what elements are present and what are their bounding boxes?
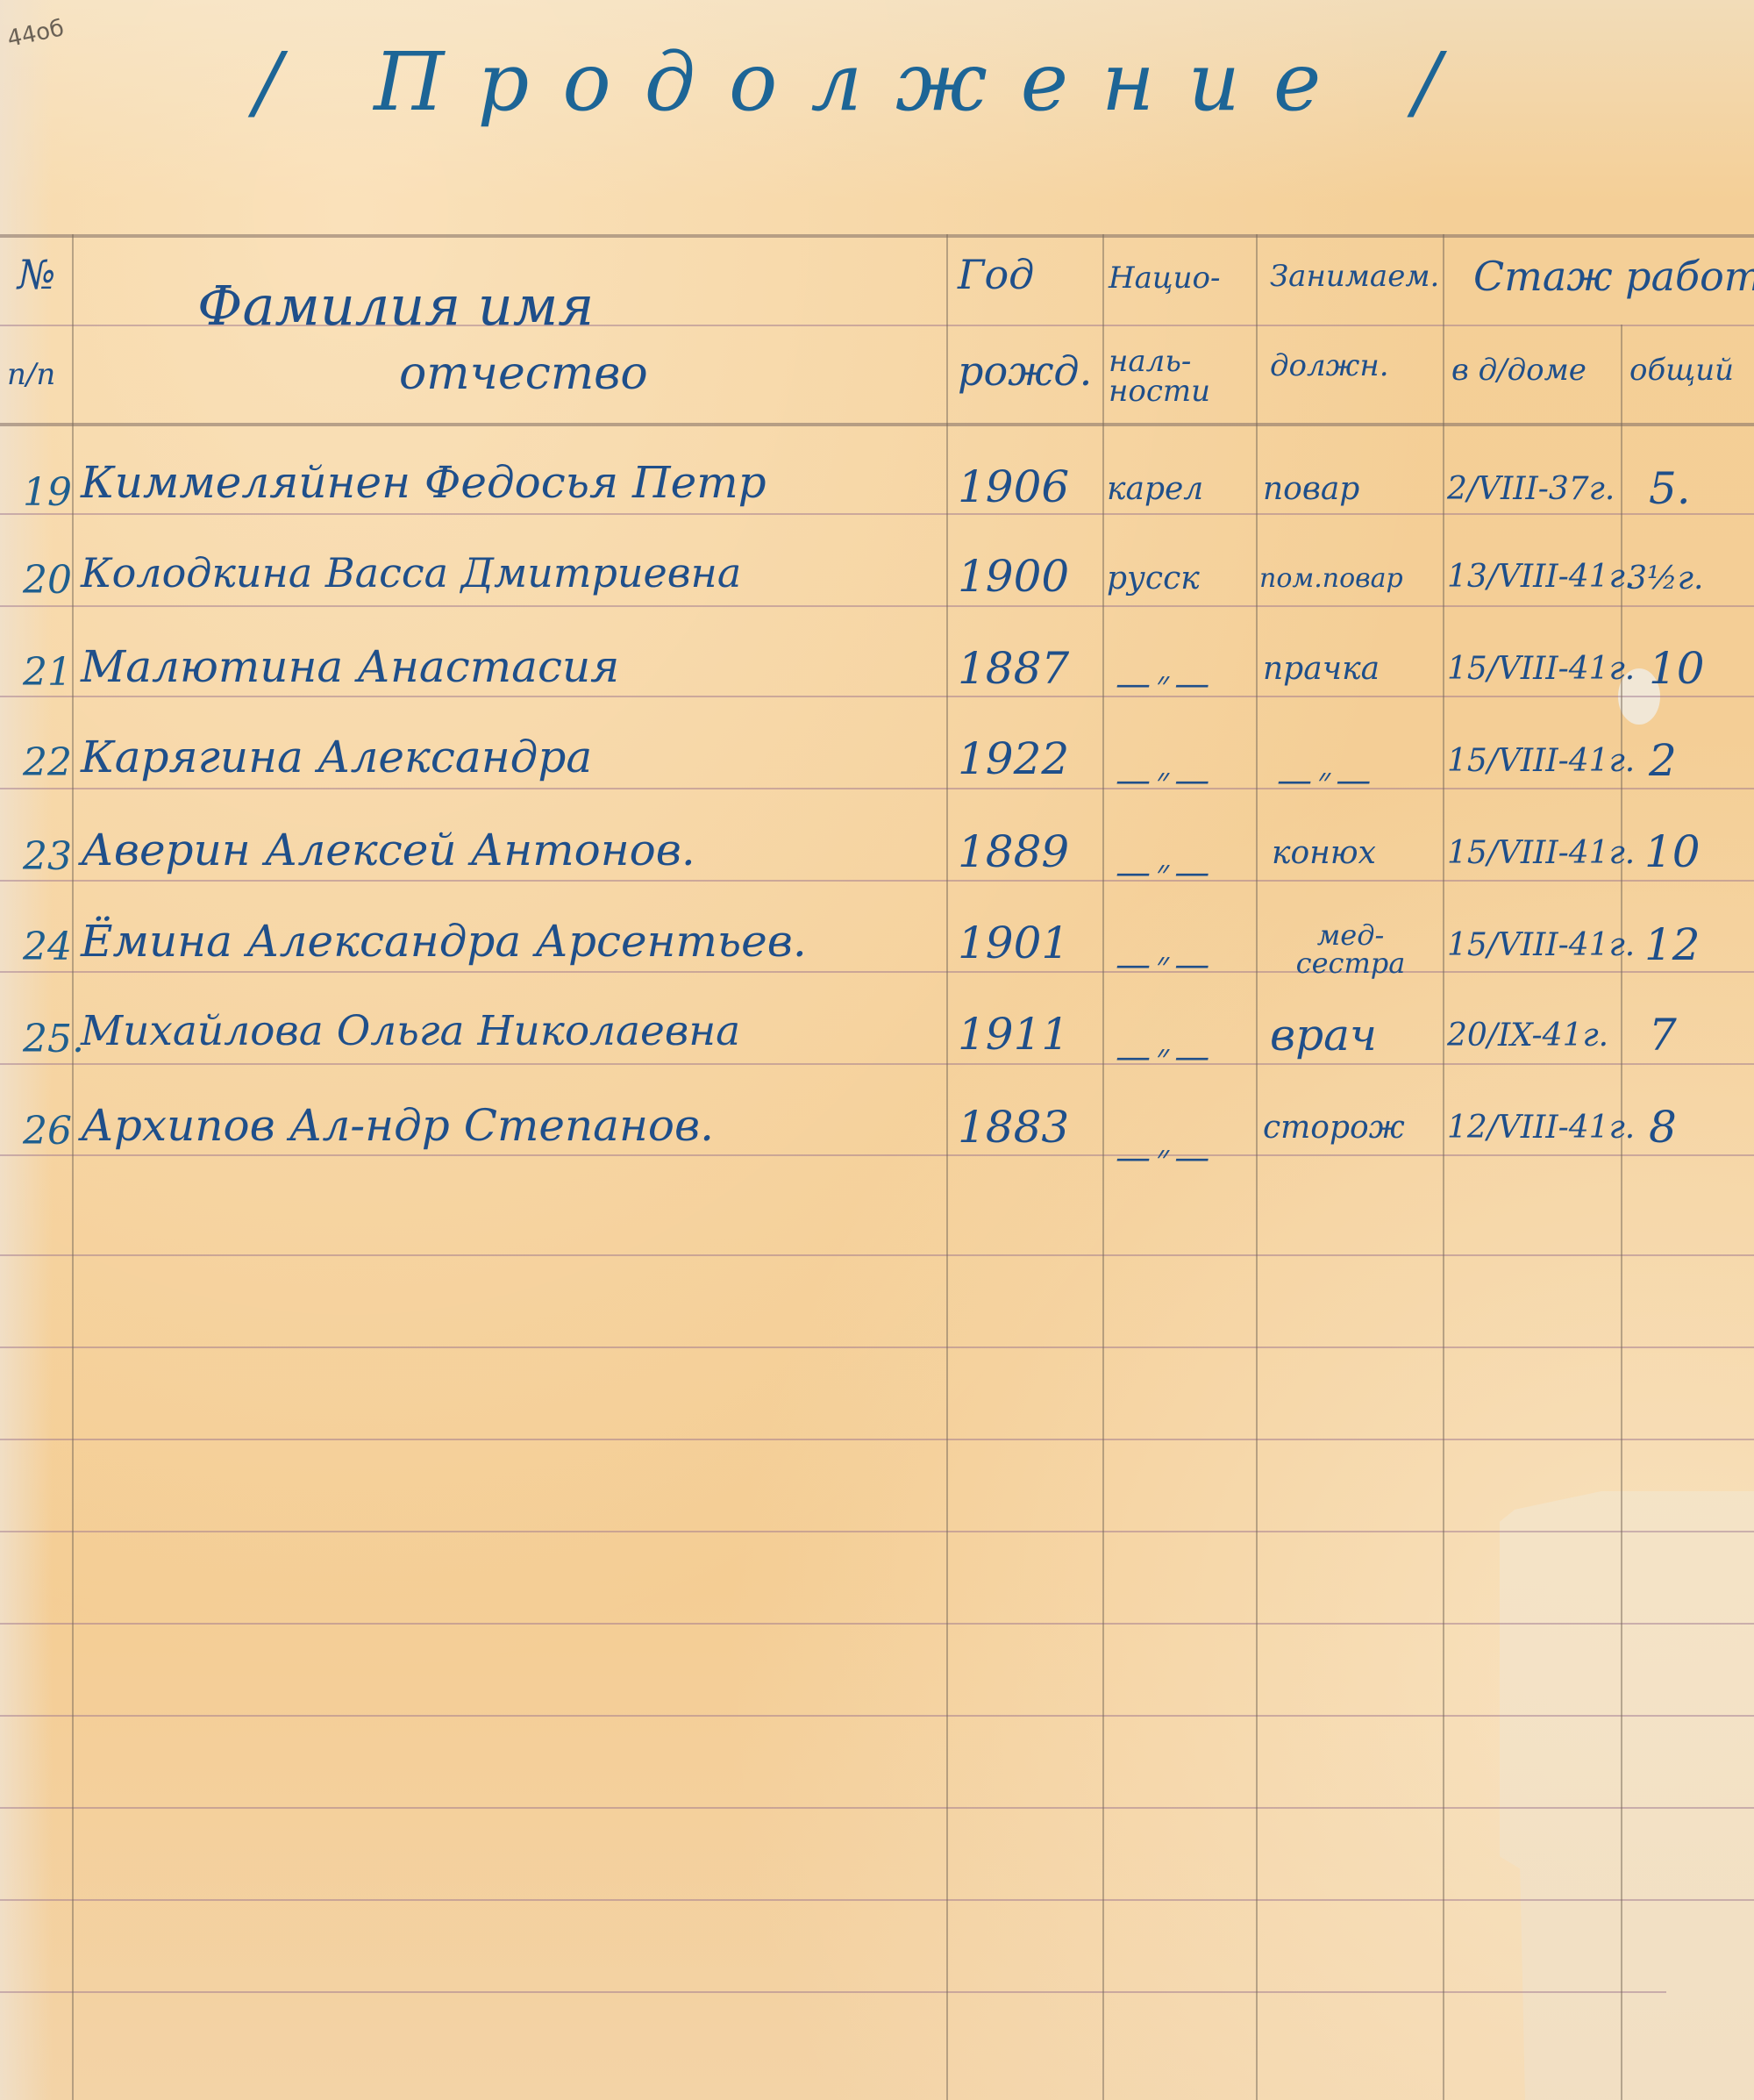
- row-nationality-ditto: —״—: [1116, 947, 1215, 982]
- row-total-experience: 2: [1649, 739, 1677, 782]
- row-total-experience: 10: [1649, 646, 1705, 690]
- row-rule: [0, 605, 1754, 607]
- row-rule: [0, 1254, 1754, 1256]
- col-divider-nationality: [1256, 234, 1258, 2100]
- row-nationality-ditto: —״—: [1116, 855, 1215, 890]
- header-nationality-line2: наль-ности: [1109, 346, 1258, 406]
- row-total-experience: 12: [1644, 923, 1701, 967]
- row-number: 24: [23, 928, 72, 967]
- row-start-date: 15/VIII-41г.: [1447, 746, 1635, 777]
- row-start-date: 15/VIII-41г.: [1447, 930, 1635, 961]
- header-name-line2: отчество: [399, 351, 648, 396]
- header-experience-group: Стаж работы: [1473, 256, 1754, 296]
- row-rule: [0, 696, 1754, 697]
- row-position-ditto: —״—: [1277, 763, 1376, 798]
- row-birth-year: 1883: [958, 1105, 1069, 1149]
- row-position: прачка: [1263, 654, 1380, 685]
- page-title: / Продолжение /: [254, 42, 1474, 123]
- row-birth-year: 1900: [958, 554, 1069, 598]
- row-nationality-ditto: —״—: [1116, 1140, 1215, 1175]
- row-full-name: Архипов Ал-ндр Степанов.: [81, 1104, 714, 1147]
- row-nationality-ditto: —״—: [1116, 1039, 1215, 1075]
- col-divider-number: [72, 234, 74, 2100]
- row-start-date: 13/VIII-41г.: [1447, 561, 1635, 593]
- row-rule: [0, 1715, 1754, 1717]
- row-birth-year: 1911: [958, 1012, 1069, 1056]
- row-number: 20: [23, 561, 72, 600]
- row-rule: [0, 1154, 1754, 1156]
- header-experience-total: общий: [1629, 355, 1734, 385]
- row-start-date: 20/IX-41г.: [1447, 1020, 1608, 1052]
- row-full-name: Аверин Алексей Антонов.: [81, 828, 695, 872]
- row-birth-year: 1887: [958, 646, 1069, 690]
- col-divider-year: [1102, 234, 1104, 2100]
- row-position: конюх: [1272, 838, 1376, 869]
- row-start-date: 2/VIII-37г.: [1447, 474, 1615, 505]
- row-rule: [0, 1991, 1666, 1993]
- row-number: 22: [23, 744, 72, 782]
- row-total-experience: 5.: [1649, 467, 1691, 511]
- header-number-line1: №: [18, 254, 56, 295]
- header-top-rule: [0, 234, 1754, 238]
- row-number: 23: [23, 838, 72, 876]
- paper-repair-patch: [1500, 1491, 1754, 2100]
- row-rule: [0, 1439, 1754, 1440]
- row-number: 25.: [23, 1020, 84, 1059]
- row-position: пом.повар: [1259, 566, 1403, 592]
- row-rule: [0, 880, 1754, 882]
- row-full-name: Карягина Александра: [81, 735, 592, 779]
- row-birth-year: 1889: [958, 830, 1069, 874]
- row-rule: [0, 513, 1754, 515]
- row-nationality-ditto: —״—: [1116, 667, 1215, 702]
- row-birth-year: 1922: [958, 737, 1069, 781]
- row-rule: [0, 1531, 1754, 1532]
- row-birth-year: 1901: [958, 921, 1069, 965]
- row-number: 26: [23, 1112, 72, 1151]
- row-rule: [0, 1807, 1754, 1809]
- row-full-name: Михайлова Ольга Николаевна: [81, 1011, 740, 1052]
- row-birth-year: 1906: [958, 465, 1069, 509]
- row-full-name: Ёмина Александра Арсентьев.: [81, 919, 807, 963]
- header-year-line2: рожд.: [958, 351, 1092, 391]
- header-number-line2: п/п: [7, 360, 55, 389]
- row-total-experience: 8: [1649, 1105, 1677, 1149]
- header-name-line1: Фамилия имя: [197, 279, 594, 333]
- row-position: врач: [1270, 1013, 1377, 1057]
- row-start-date: 12/VIII-41г.: [1447, 1112, 1635, 1144]
- header-position-line2: должн.: [1270, 351, 1389, 381]
- row-rule: [0, 1623, 1754, 1625]
- row-full-name: Колодкина Васса Дмитриевна: [81, 553, 741, 593]
- row-rule: [0, 1346, 1754, 1348]
- row-rule: [0, 788, 1754, 789]
- row-start-date: 15/VIII-41г.: [1447, 838, 1635, 869]
- row-start-date: 15/VIII-41г.: [1447, 654, 1635, 685]
- col-divider-name: [946, 234, 948, 2100]
- row-number: 21: [23, 654, 72, 692]
- row-number: 19: [23, 474, 72, 512]
- header-position-line1: Занимаем.: [1270, 261, 1439, 291]
- row-total-experience: 7: [1649, 1013, 1677, 1057]
- row-nationality: карел: [1107, 474, 1203, 505]
- header-experience-in-house: в д/доме: [1451, 355, 1586, 385]
- row-position: мед-сестра: [1263, 921, 1438, 977]
- row-rule: [0, 1899, 1754, 1901]
- col-divider-position: [1443, 234, 1444, 2100]
- header-nationality-line1: Нацио-: [1109, 263, 1221, 293]
- row-total-experience: 3½г.: [1627, 563, 1703, 595]
- header-year-line1: Год: [958, 254, 1034, 295]
- row-total-experience: 10: [1644, 830, 1701, 874]
- row-full-name: Киммеляйнен Федосья Петр: [81, 461, 766, 504]
- row-rule: [0, 1063, 1754, 1065]
- row-rule: [0, 971, 1754, 973]
- row-position: повар: [1263, 474, 1359, 505]
- row-nationality: русск: [1107, 563, 1200, 595]
- row-full-name: Малютина Анастасия: [81, 645, 619, 689]
- row-nationality-ditto: —״—: [1116, 763, 1215, 798]
- row-position: сторож: [1263, 1112, 1405, 1144]
- header-bottom-rule: [0, 423, 1754, 426]
